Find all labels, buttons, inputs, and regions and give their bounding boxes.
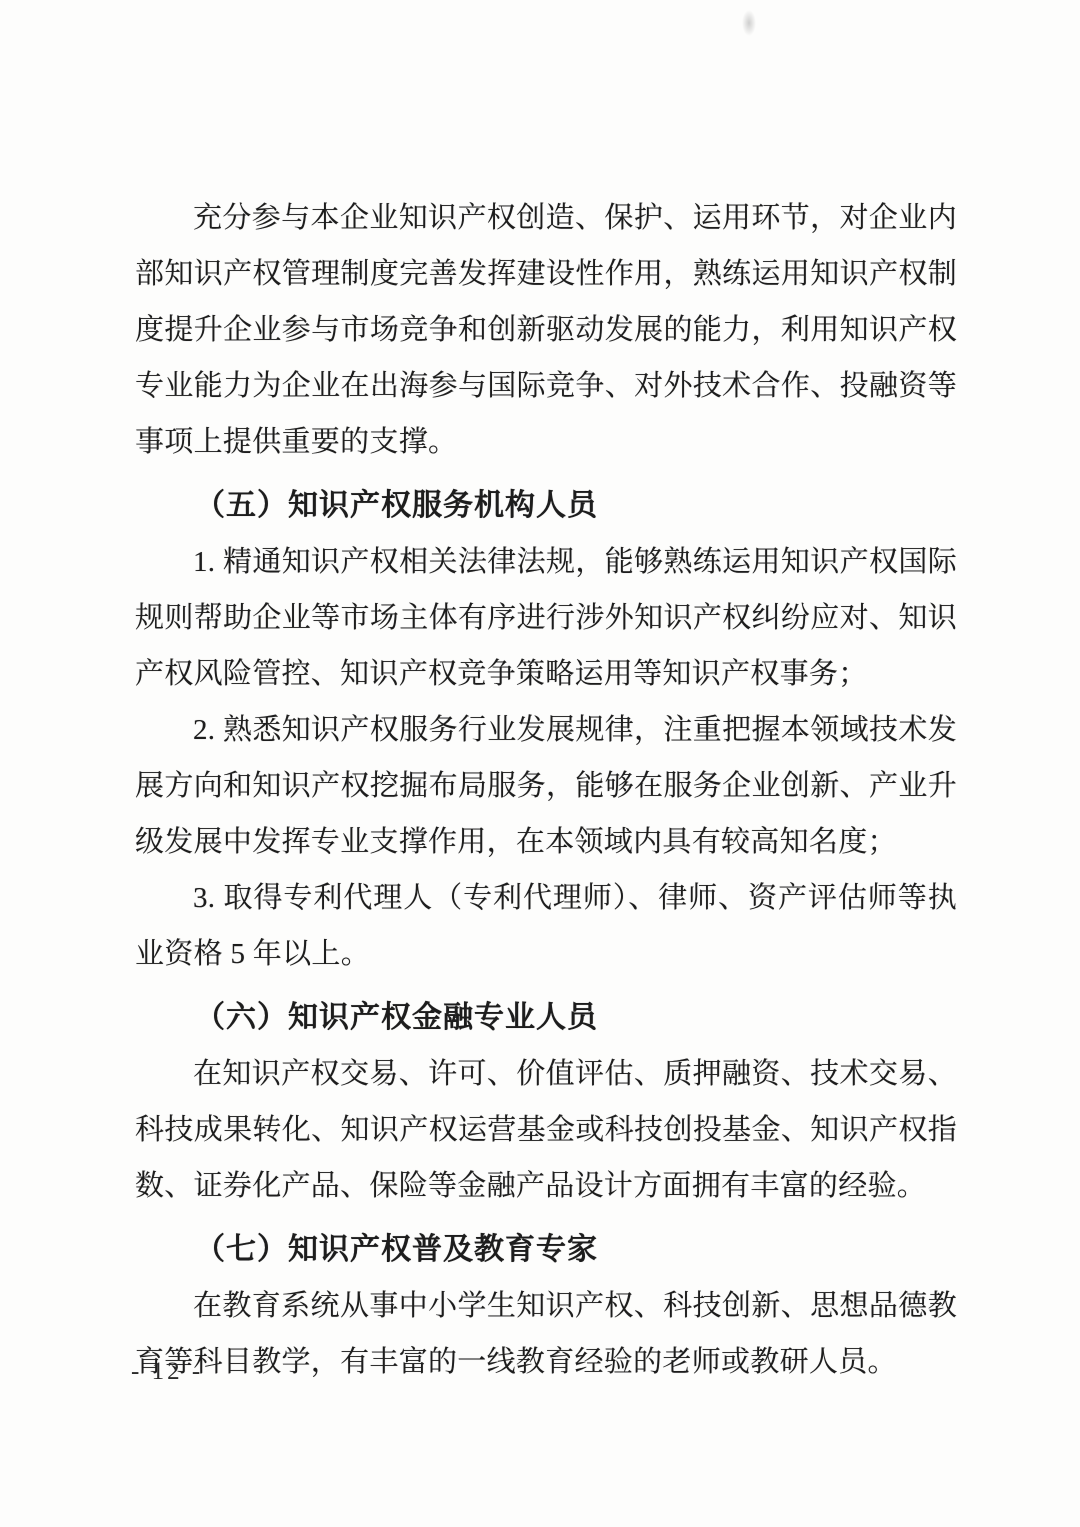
page-number: - 12 - <box>131 1358 203 1386</box>
section-heading-7: （七）知识产权普及教育专家 <box>135 1222 957 1278</box>
body-paragraph-education: 在教育系统从事中小学生知识产权、科技创新、思想品德教育等科目教学，有丰富的一线教… <box>135 1278 957 1390</box>
body-paragraph-finance: 在知识产权交易、许可、价值评估、质押融资、技术交易、科技成果转化、知识产权运营基… <box>135 1046 957 1214</box>
body-paragraph-continuation: 充分参与本企业知识产权创造、保护、运用环节，对企业内部知识产权管理制度完善发挥建… <box>135 190 957 470</box>
document-page: 充分参与本企业知识产权创造、保护、运用环节，对企业内部知识产权管理制度完善发挥建… <box>0 0 1080 1527</box>
scan-artifact <box>742 10 756 36</box>
section-heading-5: （五）知识产权服务机构人员 <box>135 478 957 534</box>
list-item-2: 2. 熟悉知识产权服务行业发展规律，注重把握本领域技术发展方向和知识产权挖掘布局… <box>135 702 957 870</box>
list-item-1: 1. 精通知识产权相关法律法规，能够熟练运用知识产权国际规则帮助企业等市场主体有… <box>135 534 957 702</box>
list-item-3: 3. 取得专利代理人（专利代理师）、律师、资产评估师等执业资格 5 年以上。 <box>135 870 957 982</box>
section-heading-6: （六）知识产权金融专业人员 <box>135 990 957 1046</box>
document-body: 充分参与本企业知识产权创造、保护、运用环节，对企业内部知识产权管理制度完善发挥建… <box>135 190 957 1390</box>
